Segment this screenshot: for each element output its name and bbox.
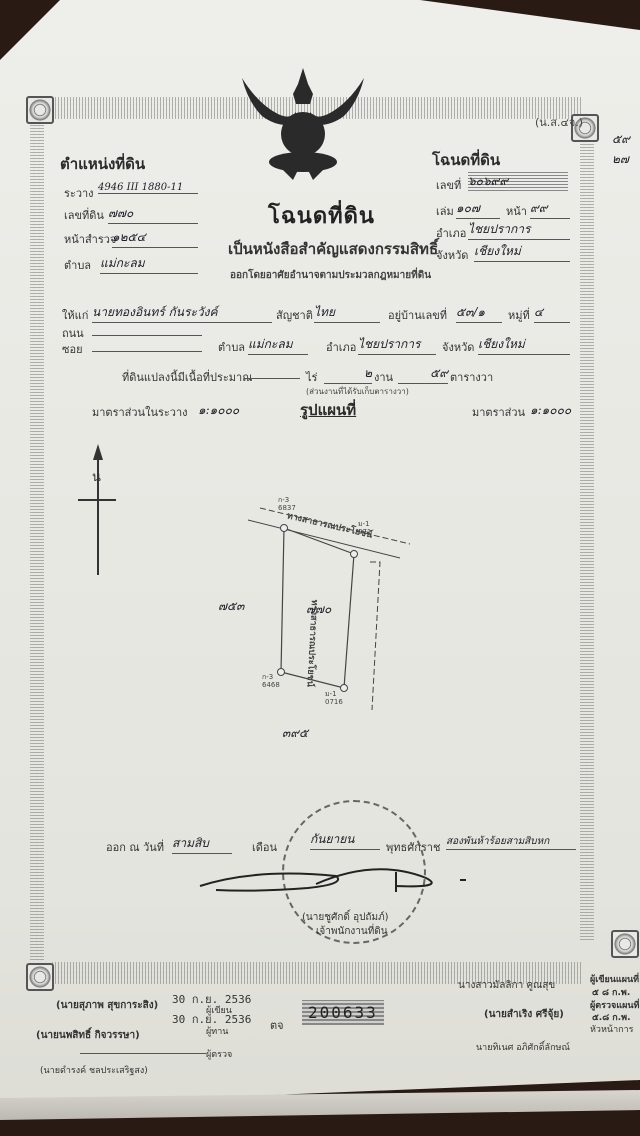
wa-label: ตารางวา [450,368,493,386]
marker-label-3: ก-36468 [262,673,280,689]
province-label: จังหวัด [436,246,468,264]
year-label: พุทธศักราช [386,838,440,856]
issue-day: สามสิบ [172,834,232,854]
scale-right-label: มาตราส่วน [472,403,525,421]
ornament-corner-icon [26,963,54,991]
owner-district-label: อำเภอ [326,338,356,356]
field-label-tambon: ตำบล [64,256,91,274]
right-signer-1-name: นางสาวมัลลิกา คูณสุข [458,978,555,993]
house-no-value: ๕๓/๑ [456,303,502,323]
map-heading: รูปแผนที่ [300,398,356,422]
house-no-label: อยู่บ้านเลขที่ [388,306,447,324]
soi-label: ซอย [62,340,83,358]
soi-value [92,350,202,352]
parcel-number: ๗๗๐ [306,600,331,619]
marker-label-2: ม-1071 [358,520,371,536]
officer-title: เจ้าพนักงานที่ดิน [316,924,388,939]
ngan-label: งาน [374,368,393,386]
document-subtitle: เป็นหนังสือสำคัญแสดงกรรมสิทธิ์ [228,237,438,261]
field-label-ravang: ระวาง [64,184,94,202]
rai-label: ไร่ [306,368,317,386]
owner-province-value: เชียงใหม่ [478,335,570,355]
area-rai-value [244,366,300,379]
deed-number-label: เลขที่ [436,176,461,194]
deed-heading: โฉนดที่ดิน [432,148,500,172]
field-label-land-no: เลขที่ดิน [64,206,104,224]
right-signer-2-name: (นายสำเริง ศรีจุ้ย) [484,1007,564,1022]
book-label: เล่ม [436,202,454,220]
issue-year: สองพันห้าร้อยสามสิบหก [446,834,576,850]
area-wa-value: ๕๙ [398,364,448,384]
ornament-corner-icon [611,930,639,958]
right-signer-1-date: ๕ ๘ ก.พ. [592,985,630,999]
area-note: (ส่วนงานที่ได้รับเก็บตารางวา) [306,385,409,398]
issue-month: กันยายน [310,830,380,850]
issued-at-label: ออก ณ วันที่ [106,838,164,856]
field-value-land-no: ๗๗๐ [108,204,198,224]
deed-number-value: ๖๐๖๙๙ [468,172,568,191]
nationality-label: สัญชาติ [276,306,313,324]
month-label: เดือน [252,838,277,856]
moo-value: ๔ [534,303,570,323]
road-value [92,334,202,336]
district-value: ไชยปราการ [468,220,570,240]
scale-left-label: มาตราส่วนในระวาง [92,403,188,421]
serial-number: 200633 [302,1000,384,1025]
neighbor-south-number: ๓๙๕ [282,724,308,743]
document-title: โฉนดที่ดิน [268,198,375,233]
owner-to-label: ให้แก่ [62,306,88,324]
security-border-left [30,120,44,960]
field-label-survey-page: หน้าสำรวจ [64,230,116,248]
signer-3-role: ผู้ตรวจ [206,1047,232,1061]
subdistrict-label: ตำบล [218,338,245,356]
north-label: น [92,466,101,487]
signer-2-name: (นายนพสิทธิ์ กิจวรรษา) [36,1028,140,1043]
signer-2-role: ผู้ทาน [206,1024,228,1038]
serial-prefix: ตจ [270,1016,284,1034]
officer-name: (นายชูศักดิ์ อุปถัมภ์) [302,910,389,925]
book-value: ๑๐๗ [456,199,500,219]
neighbor-west-number: ๗๕๓ [218,597,244,616]
marker-label-1: ก-36837 [278,496,296,512]
page-label: หน้า [506,202,527,220]
owner-name: นายทองอินทร์ กันระวังค์ [92,303,272,323]
field-value-survey-page: ๑๒๕๔ [112,228,198,248]
nationality-value: ไทย [314,303,380,323]
owner-province-label: จังหวัด [442,338,474,356]
officer-signature [196,862,476,896]
signer-3-line [80,1052,206,1054]
right-signer-3-name: นายทิเนศ อภิศักดิ์ลักษณ์ [476,1040,570,1054]
margin-note-1: ๕๙ [612,130,630,149]
north-arrow-icon [78,440,122,580]
area-ngan-value: ๒ [324,364,372,384]
right-signer-1-role: ผู้เขียนแผนที่ [590,972,639,986]
scale-left-value: ๑:๑๐๐๐ [198,401,239,420]
security-border-right [580,120,594,940]
moo-label: หมู่ที่ [508,306,530,324]
marker-label-4: ม-10716 [325,690,343,706]
area-label: ที่ดินแปลงนี้มีเนื้อที่ประมาณ [122,368,252,386]
field-value-tambon: แม่กะลม [100,254,198,274]
page-value: ๙๙ [530,199,570,219]
margin-note-2: ๒๗ [612,150,629,169]
district-label: อำเภอ [436,224,466,242]
ornament-corner-icon [26,96,54,124]
field-value-ravang: 4946 III 1880-11 [98,182,198,194]
subdistrict-value: แม่กะลม [248,335,308,355]
location-heading: ตำแหน่งที่ดิน [60,152,145,176]
form-code: (น.ส.๔จ.) [535,113,583,131]
issued-by: ออกโดยอาศัยอำนาจตามประมวลกฎหมายที่ดิน [230,268,431,283]
garuda-emblem-icon [238,64,368,182]
scale-right-value: ๑:๑๐๐๐ [530,401,571,420]
owner-district-value: ไชยปราการ [358,335,436,355]
signer-1-name: (นายสุภาพ สุขการะสิง) [56,998,158,1013]
province-value: เชียงใหม่ [474,242,570,262]
signer-3-name: (นายดำรงค์ ชลประเสริฐสง) [40,1063,148,1077]
right-signer-3-role: หัวหน้าการ [590,1022,633,1036]
